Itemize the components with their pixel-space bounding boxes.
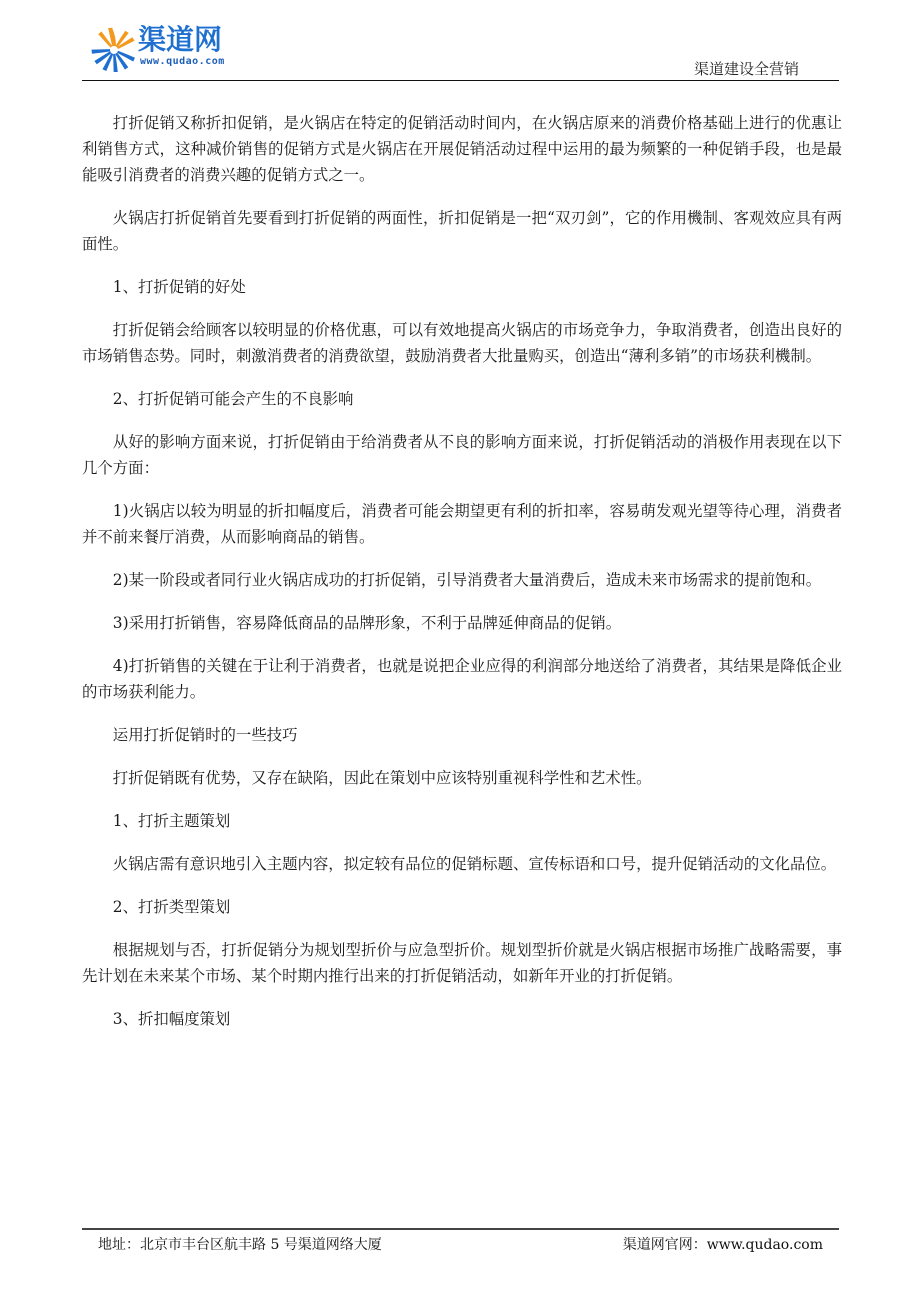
- negative-effect-item-4: 4)打折销售的关键在于让利于消费者，也就是说把企业应得的利润部分地送给了消费者，…: [82, 653, 842, 705]
- duality-paragraph: 火锅店打折促销首先要看到打折促销的两面性，折扣促销是一把“双刃剑”，它的作用機制…: [82, 205, 842, 257]
- benefits-paragraph: 打折促销会给顾客以较明显的价格优惠，可以有效地提高火锅店的市场竞争力，争取消费者…: [82, 317, 842, 369]
- footer-address: 地址：北京市丰台区航丰路 5 号渠道网络大厦: [98, 1234, 382, 1254]
- section-heading-theme-planning: 1、打折主题策划: [82, 808, 842, 834]
- qudao-logo: 渠道网 www.qudao.com: [90, 24, 250, 76]
- section-heading-benefits: 1、打折促销的好处: [82, 274, 842, 300]
- logo-url: www.qudao.com: [140, 56, 225, 67]
- theme-planning-paragraph: 火锅店需有意识地引入主题内容，拟定较有品位的促销标题、宣传标语和口号，提升促销活…: [82, 851, 842, 877]
- type-planning-paragraph: 根据规划与否，打折促销分为规划型折价与应急型折价。规划型折价就是火锅店根据市场推…: [82, 937, 842, 989]
- pinwheel-logo-icon: [90, 26, 136, 72]
- section-heading-tips: 运用打折促销时的一些技巧: [82, 722, 842, 748]
- page-header: 渠道网 www.qudao.com 渠道建设全营销: [82, 18, 839, 81]
- footer-website: 渠道网官网：www.qudao.com: [623, 1234, 823, 1254]
- header-tagline: 渠道建设全营销: [694, 58, 799, 79]
- intro-paragraph: 打折促销又称折扣促销，是火锅店在特定的促销活动时间内，在火锅店原来的消费价格基础…: [82, 110, 842, 188]
- tips-intro: 打折促销既有优势，又存在缺陷，因此在策划中应该特别重视科学性和艺术性。: [82, 765, 842, 791]
- section-heading-negative-effects: 2、打折促销可能会产生的不良影响: [82, 386, 842, 412]
- document-body: 打折促销又称折扣促销，是火锅店在特定的促销活动时间内，在火锅店原来的消费价格基础…: [82, 110, 842, 1049]
- page-footer: 地址：北京市丰台区航丰路 5 号渠道网络大厦 渠道网官网：www.qudao.c…: [82, 1228, 839, 1234]
- section-heading-discount-range: 3、折扣幅度策划: [82, 1006, 842, 1032]
- negative-effect-item-3: 3)采用打折销售，容易降低商品的品牌形象，不利于品牌延伸商品的促销。: [82, 610, 842, 636]
- section-heading-type-planning: 2、打折类型策划: [82, 894, 842, 920]
- negative-effect-item-1: 1)火锅店以较为明显的折扣幅度后，消费者可能会期望更有利的折扣率，容易萌发观光望…: [82, 498, 842, 550]
- negative-effects-intro: 从好的影响方面来说，打折促销由于给消费者从不良的影响方面来说，打折促销活动的消极…: [82, 429, 842, 481]
- logo-name: 渠道网: [138, 24, 222, 56]
- negative-effect-item-2: 2)某一阶段或者同行业火锅店成功的打折促销，引导消费者大量消费后，造成未来市场需…: [82, 567, 842, 593]
